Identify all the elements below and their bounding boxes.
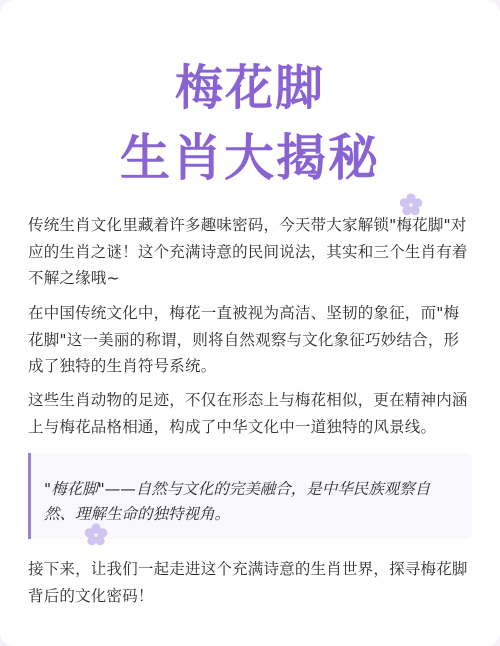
closing-paragraph: 接下来，让我们一起走进这个充满诗意的生肖世界，探寻梅花脚背后的文化密码！ xyxy=(28,556,474,609)
footprint-paragraph: 这些生肖动物的足迹，不仅在形态上与梅花相似，更在精神内涵上与梅花品格相通，构成了… xyxy=(28,387,474,440)
plum-blossom-icon xyxy=(84,523,108,547)
culture-paragraph: 在中国传统文化中，梅花一直被视为高洁、坚韧的象征，而"梅花脚"这一美丽的称谓，则… xyxy=(28,300,474,380)
intro-paragraph: 传统生肖文化里藏着许多趣味密码，今天带大家解锁"梅花脚"对应的生肖之谜！这个充满… xyxy=(28,212,474,292)
quote-text: "梅花脚"——自然与文化的完美融合，是中华民族观察自然、理解生命的独特视角。 xyxy=(44,477,458,527)
article-card: 梅花脚 生肖大揭秘 传统生肖文化里藏着许多趣味密码，今天带大家解锁"梅花脚"对应… xyxy=(0,0,500,646)
page-title-line-2: 生肖大揭秘 xyxy=(0,127,500,189)
page-title-line-1: 梅花脚 xyxy=(0,58,500,118)
